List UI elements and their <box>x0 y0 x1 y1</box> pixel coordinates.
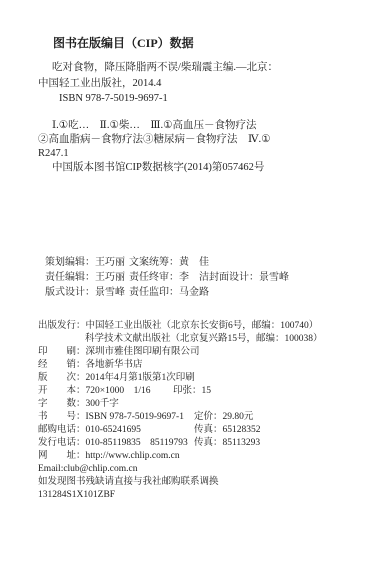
colophon-line-format: 开 本：720×1000 1/16印张：15 <box>38 385 357 398</box>
colophon-value: ISBN 978-7-5019-9697-1 <box>86 412 184 422</box>
colophon-line-exchange-notice: 如发现图书残缺请直接与我社邮购联系调换 <box>38 476 357 489</box>
colophon-line-sales-phone: 发行电话：010-85119835 85119793传真：85113293 <box>38 437 357 450</box>
colophon-label: 版 次： <box>38 373 86 383</box>
colophon-line-publisher: 出版发行：中国轻工业出版社（北京东长安街6号，邮编：100740） <box>38 320 357 333</box>
staff-label: 文案统筹： <box>129 257 179 268</box>
staff-cell: 责任编辑：王巧丽 <box>45 270 129 285</box>
colophon-line-distributor: 经 销：各地新华书店 <box>38 359 357 372</box>
colophon-label: 开 本： <box>38 386 86 396</box>
colophon-label: 网 址： <box>38 451 86 461</box>
staff-value: 马金路 <box>179 287 209 298</box>
colophon-value: 65128352 <box>223 425 261 435</box>
colophon-line-edition: 版 次：2014年4月第1版第1次印刷 <box>38 372 357 385</box>
staff-row: 策划编辑：王巧丽 文案统筹：黄 佳 <box>45 255 357 270</box>
colophon-line-mailorder-phone: 邮购电话：010-65241695传真：65128352 <box>38 424 357 437</box>
colophon-value: 720×1000 1/16 <box>86 386 151 396</box>
colophon-line-website: 网 址：http://www.chlip.com.cn <box>38 450 357 463</box>
colophon-value: 29.80元 <box>223 412 254 422</box>
cip-block: 图书在版编目（CIP）数据 吃对食物，降压降脂两不误/柴瑞震主编.—北京： 中国… <box>38 36 357 175</box>
colophon-label: 经 销： <box>38 360 86 370</box>
colophon-value: http://www.chlip.com.cn <box>86 451 180 461</box>
colophon-text: Email:club@chlip.com.cn <box>38 464 138 474</box>
staff-row: 责任编辑：王巧丽 责任终审：李 洁 封面设计：景雪峰 <box>45 270 357 285</box>
colophon-value: 85113293 <box>223 438 261 448</box>
spacer <box>38 107 357 119</box>
staff-block: 策划编辑：王巧丽 文案统筹：黄 佳 责任编辑：王巧丽 责任终审：李 洁 封面设计… <box>38 255 357 300</box>
staff-label: 版式设计： <box>45 287 95 298</box>
colophon-col2: 传真：85113293 <box>194 437 260 450</box>
colophon-value: 2014年4月第1版第1次印刷 <box>86 373 195 383</box>
colophon-label: 传真： <box>194 438 223 448</box>
cip-registration-line: 中国版本图书馆CIP数据核字(2014)第057462号 <box>38 161 357 175</box>
colophon-line-wordcount: 字 数：300千字 <box>38 398 357 411</box>
staff-cell: 责任监印：马金路 <box>129 285 209 300</box>
colophon-col2: 定价：29.80元 <box>194 411 253 424</box>
staff-label: 责任监印： <box>129 287 179 298</box>
staff-value: 王巧丽 <box>95 272 125 283</box>
colophon-label: 字 数： <box>38 399 86 409</box>
colophon-label: 印张： <box>173 386 202 396</box>
colophon-label: 出版发行： <box>38 321 86 331</box>
colophon-label: 印 刷： <box>38 347 86 357</box>
cip-title: 图书在版编目（CIP）数据 <box>53 36 357 51</box>
colophon-line-publisher2: 科学技术文献出版社（北京复兴路15号，邮编：100038） <box>38 333 357 346</box>
staff-label: 封面设计： <box>209 272 259 283</box>
staff-row: 版式设计：景雪峰 责任监印：马金路 <box>45 285 357 300</box>
staff-label: 责任终审： <box>129 272 179 283</box>
cip-call-number: R247.1 <box>38 147 357 161</box>
colophon-value: 15 <box>202 386 212 396</box>
colophon-label: 书 号： <box>38 412 86 422</box>
staff-cell: 版式设计：景雪峰 <box>45 285 129 300</box>
colophon-value: 深圳市雅佳图印刷有限公司 <box>86 347 200 357</box>
colophon-line-email: Email:club@chlip.com.cn <box>38 463 357 476</box>
colophon-line-printer: 印 刷：深圳市雅佳图印刷有限公司 <box>38 346 357 359</box>
book-copyright-page: 图书在版编目（CIP）数据 吃对食物，降压降脂两不误/柴瑞震主编.—北京： 中国… <box>0 0 375 566</box>
colophon-value: 中国轻工业出版社（北京东长安街6号，邮编：100740） <box>86 321 319 331</box>
staff-value: 王巧丽 <box>95 257 125 268</box>
staff-cell: 文案统筹：黄 佳 <box>129 255 209 270</box>
colophon-label: 定价： <box>194 412 223 422</box>
staff-cell: 策划编辑：王巧丽 <box>45 255 129 270</box>
staff-cell: 封面设计：景雪峰 <box>209 270 289 285</box>
cip-record-line: 吃对食物，降压降脂两不误/柴瑞震主编.—北京： <box>38 60 357 76</box>
colophon-value: 300千字 <box>86 399 119 409</box>
staff-value: 景雪峰 <box>95 287 125 298</box>
staff-value: 李 洁 <box>179 272 209 283</box>
cip-classification-line: ②高血脂病－食物疗法③糖尿病－食物疗法 Ⅳ.① <box>38 133 357 147</box>
cip-classification-line: Ⅰ.①吃… Ⅱ.①柴… Ⅲ.①高血压－食物疗法 <box>38 119 357 133</box>
colophon-value: 010-65241695 <box>86 425 141 435</box>
staff-cell: 责任终审：李 洁 <box>129 270 209 285</box>
colophon-line-isbn: 书 号：ISBN 978-7-5019-9697-1定价：29.80元 <box>38 411 357 424</box>
colophon-text: 131284S1X101ZBF <box>38 490 115 500</box>
colophon-label: 传真： <box>194 425 223 435</box>
colophon-text: 如发现图书残缺请直接与我社邮购联系调换 <box>38 477 219 487</box>
colophon-value: 010-85119835 85119793 <box>86 438 188 448</box>
colophon-col2: 传真：65128352 <box>194 424 261 437</box>
colophon-line-product-code: 131284S1X101ZBF <box>38 489 357 502</box>
cip-isbn-line: ISBN 978-7-5019-9697-1 <box>38 91 357 107</box>
cip-record-line: 中国轻工业出版社，2014.4 <box>38 76 357 92</box>
staff-value: 黄 佳 <box>179 257 209 268</box>
colophon-value: 科学技术文献出版社（北京复兴路15号，邮编：100038） <box>85 334 323 344</box>
staff-label: 策划编辑： <box>45 257 95 268</box>
staff-label: 责任编辑： <box>45 272 95 283</box>
colophon-block: 出版发行：中国轻工业出版社（北京东长安街6号，邮编：100740） 科学技术文献… <box>38 320 357 502</box>
colophon-label: 邮购电话： <box>38 425 86 435</box>
staff-value: 景雪峰 <box>259 272 289 283</box>
colophon-label: 发行电话： <box>38 438 86 448</box>
colophon-col2: 印张：15 <box>173 385 211 398</box>
colophon-value: 各地新华书店 <box>86 360 143 370</box>
